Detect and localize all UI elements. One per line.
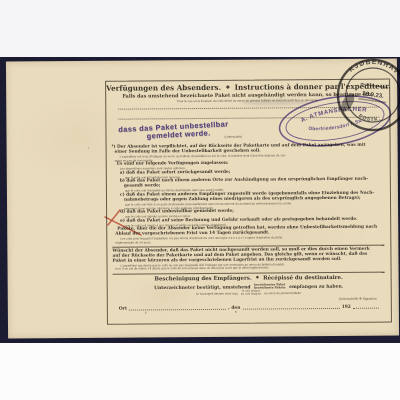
backdrop-top [0, 0, 400, 57]
screenshot: ⁴ Verfügungen des Absenders. ❖ Instructi… [0, 0, 400, 400]
receipt-statement-post: empfangen zu haben. [289, 284, 343, 289]
receipt-title-fr: Récépissé du destinataire. [263, 275, 343, 282]
postmark-office-text: POSTK. [357, 113, 382, 125]
receipt-statement-pre: Unterzeichneter bestätigt, umstehend [154, 285, 250, 291]
note-list: Wünscht der Absender, daß das Paket nich… [112, 247, 384, 271]
postmark-bar [360, 83, 388, 88]
year-fill-line [353, 307, 379, 308]
svg-text:POSTK.: POSTK. [357, 113, 382, 125]
diamond-separator-icon: ❖ [224, 85, 233, 91]
receipt-fr-pre: Le soussigné déclare avoir reçu [196, 292, 238, 296]
violet-handstamp: dass das Paket unbestellbar gemeldet wer… [118, 120, 229, 142]
backdrop-bottom [0, 343, 400, 400]
diamond-separator-icon: ❖ [254, 275, 262, 280]
copenhagen-postmark: KJØBENHAVN POSTK. 26.9.23. [328, 50, 400, 140]
form-body: ⁴) Der Absender ist verpflichtet, auf de… [112, 144, 385, 316]
form-title-de: Verfügungen des Absenders. [106, 83, 221, 93]
a-sublabel: à [145, 311, 147, 314]
postmark-date-text: 26.9.23. [362, 91, 385, 100]
margin-footnote-mark: ⁴ [88, 147, 90, 151]
instructions-list: ⁴) Der Absender ist verpflichtet, auf de… [112, 144, 385, 246]
le-sublabel: le [235, 311, 237, 314]
red-pencil-checkmark [96, 204, 148, 240]
receipt-fr-alternatives: le colis désigné les colis désignés [241, 291, 261, 297]
receipt-title-de: Bescheinigung des Empfängers. [154, 276, 251, 283]
receipt-fr-post: au verso du présent bulletin. [264, 291, 302, 295]
unterschrift-label: (Unterschrift) [225, 136, 242, 139]
place-date-sublabels: à le [113, 309, 385, 315]
receipt-fr-alt-plural: les colis désignés [241, 294, 261, 297]
receipt-title: Bescheinigung des Empfängers. ❖ Récépiss… [113, 274, 385, 283]
signature-label: (Unterschrift) ❖ Signature [113, 298, 377, 304]
